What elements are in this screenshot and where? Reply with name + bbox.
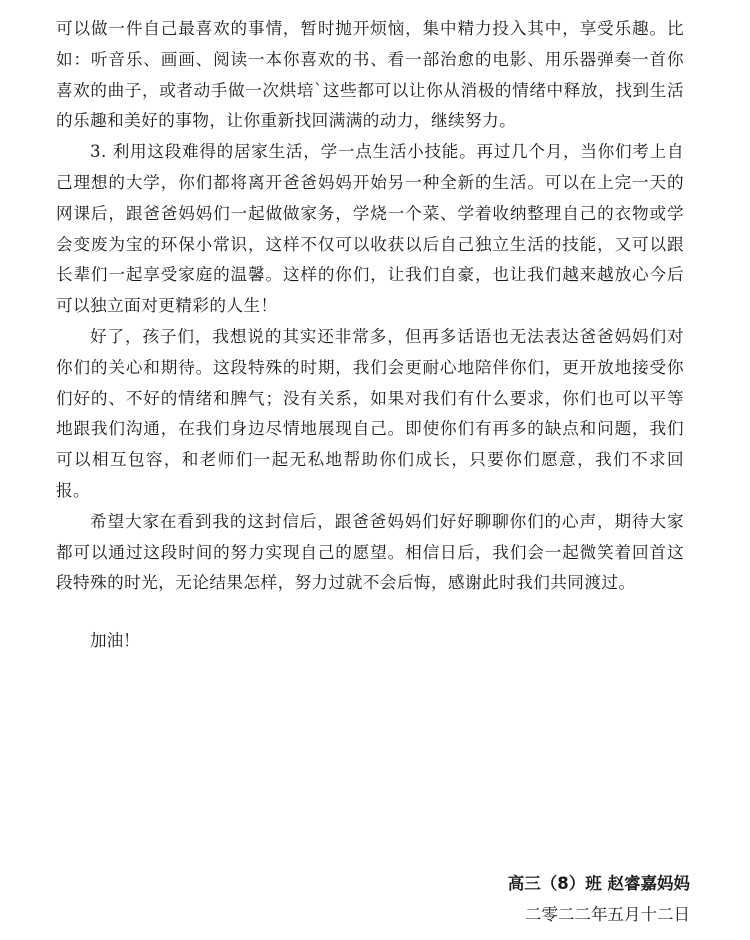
paragraph-closing-wish: 希望大家在看到我的这封信后，跟爸爸妈妈们好好聊聊你们的心声，期待大家都可以通过这… [56, 507, 684, 599]
signature-date: 二零二二年五月十二日 [508, 899, 690, 930]
signature-block: 高三（8）班 赵睿嘉妈妈 二零二二年五月十二日 [508, 868, 690, 930]
cheer-text: 加油！ [90, 626, 140, 656]
paragraph-parents-care: 好了，孩子们，我想说的其实还非常多，但再多话语也无法表达爸爸妈妈们对你们的关心和… [56, 322, 684, 507]
paragraph-hobbies: 可以做一件自己最喜欢的事情，暂时抛开烦恼，集中精力投入其中，享受乐趣。比如：听音… [56, 14, 684, 137]
signature-name: 高三（8）班 赵睿嘉妈妈 [508, 868, 690, 899]
paragraph-life-skills: 3. 利用这段难得的居家生活，学一点生活小技能。再过几个月，当你们考上自己理想的… [56, 137, 684, 322]
letter-body: 可以做一件自己最喜欢的事情，暂时抛开烦恼，集中精力投入其中，享受乐趣。比如：听音… [56, 14, 684, 599]
